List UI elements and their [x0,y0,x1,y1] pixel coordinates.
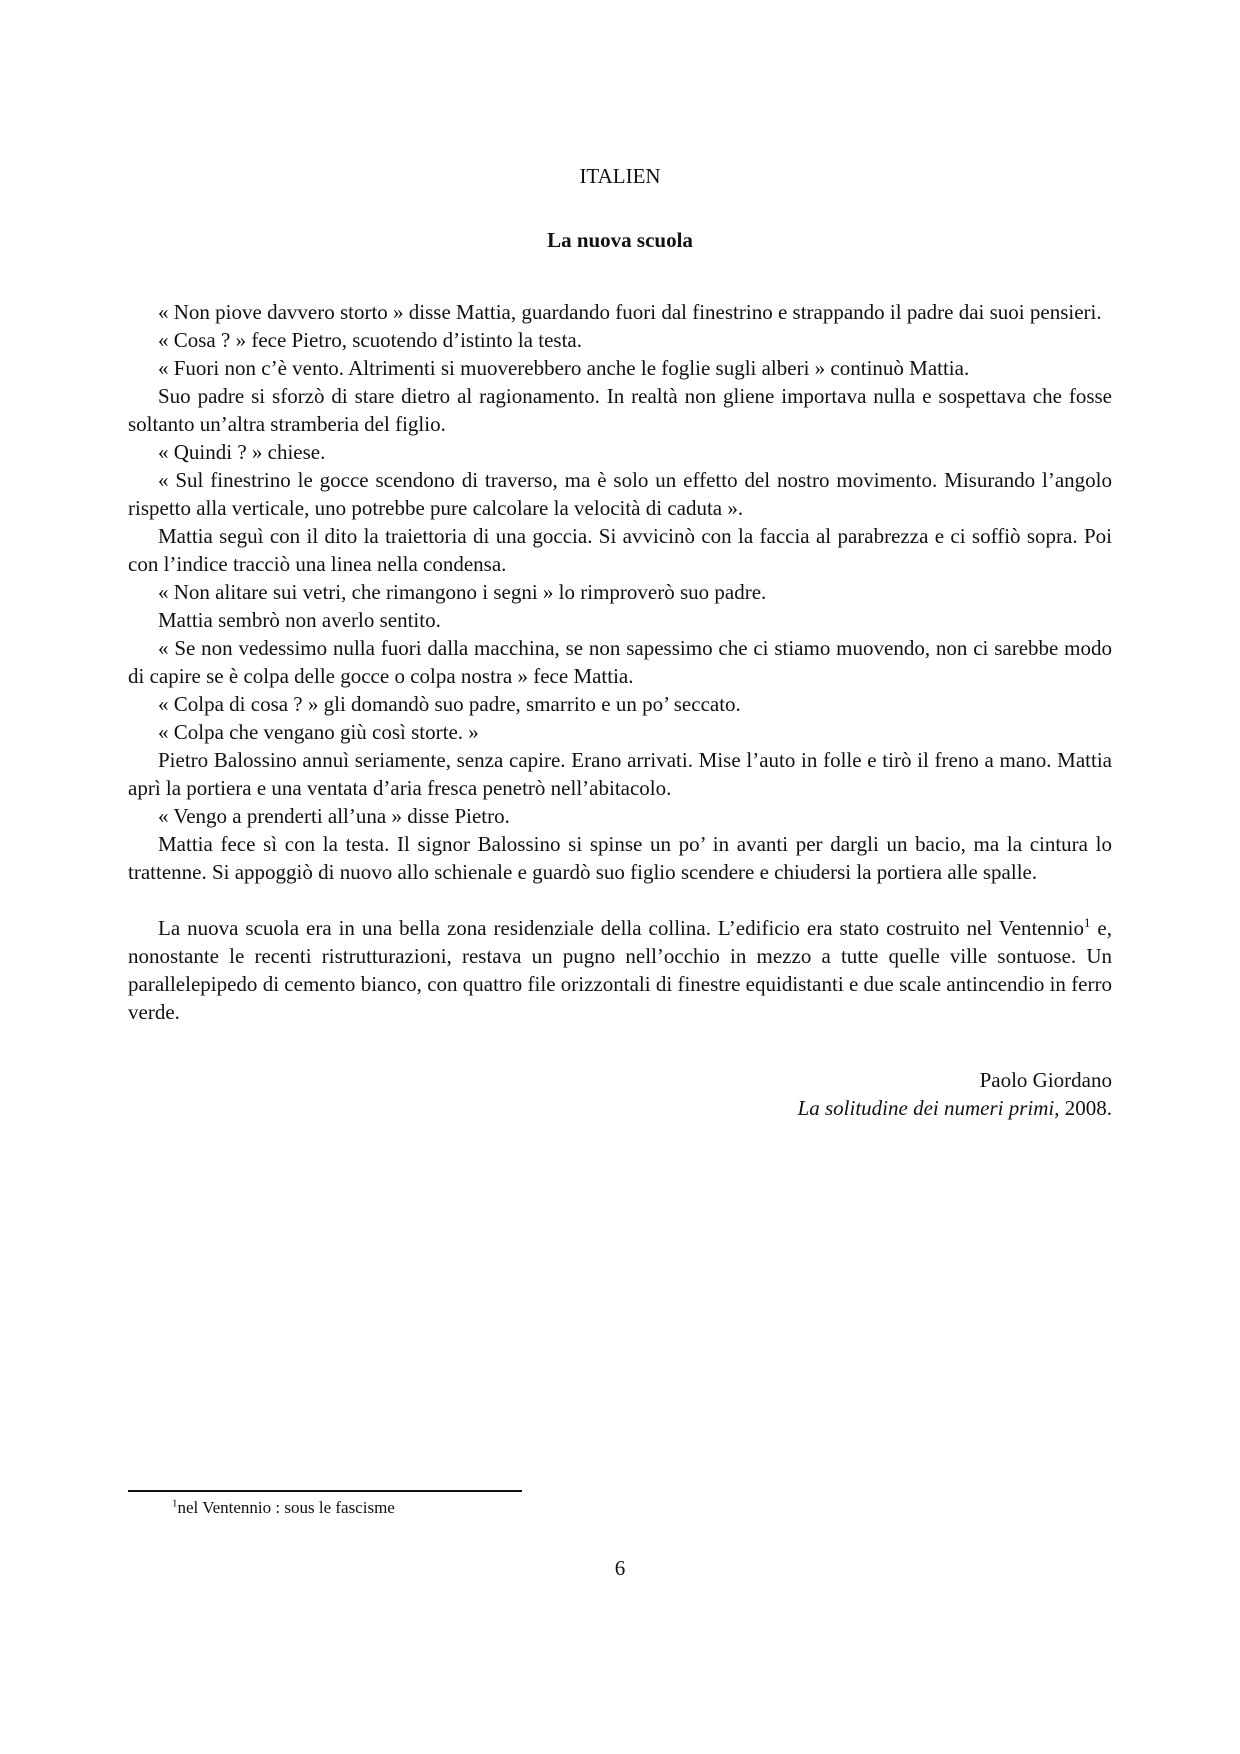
text-column: ITALIEN La nuova scuola « Non piove davv… [128,162,1112,1122]
work-title: La solitudine dei numeri primi [798,1096,1055,1120]
paragraph: « Cosa ? » fece Pietro, scuotendo d’isti… [128,326,1112,354]
footnote-text: 1nel Ventennio : sous le fascisme [128,1497,1112,1519]
paragraph: Suo padre si sforzò di stare dietro al r… [128,382,1112,438]
paragraph: Mattia fece sì con la testa. Il signor B… [128,830,1112,886]
document-page: ITALIEN La nuova scuola « Non piove davv… [0,0,1240,1754]
paragraph: « Vengo a prenderti all’una » disse Piet… [128,802,1112,830]
page-title: La nuova scuola [128,226,1112,254]
author-name: Paolo Giordano [128,1066,1112,1094]
paragraph: « Fuori non c’è vento. Altrimenti si muo… [128,354,1112,382]
work-citation: La solitudine dei numeri primi, 2008. [128,1094,1112,1122]
paragraph: « Colpa di cosa ? » gli domandò suo padr… [128,690,1112,718]
paragraph: Pietro Balossino annuì seriamente, senza… [128,746,1112,802]
work-year: , 2008. [1054,1096,1112,1120]
paragraph: « Quindi ? » chiese. [128,438,1112,466]
paragraph: Mattia sembrò non averlo sentito. [128,606,1112,634]
paragraph-with-footnote-ref: La nuova scuola era in una bella zona re… [128,914,1112,1026]
page-header: ITALIEN [128,162,1112,190]
paragraph: « Se non vedessimo nulla fuori dalla mac… [128,634,1112,690]
paragraph: « Non piove davvero storto » disse Matti… [128,298,1112,326]
attribution-block: Paolo Giordano La solitudine dei numeri … [128,1066,1112,1122]
paragraph-text: La nuova scuola era in una bella zona re… [158,916,1084,940]
footnote-definition: nel Ventennio : sous le fascisme [178,1498,395,1517]
footnote-rule [128,1490,522,1492]
passage-body: « Non piove davvero storto » disse Matti… [128,298,1112,1026]
paragraph: « Colpa che vengano giù così storte. » [128,718,1112,746]
footnote-block: 1nel Ventennio : sous le fascisme [128,1490,1112,1519]
paragraph: « Non alitare sui vetri, che rimangono i… [128,578,1112,606]
paragraph: Mattia seguì con il dito la traiettoria … [128,522,1112,578]
page-number: 6 [0,1556,1240,1581]
paragraph: « Sul finestrino le gocce scendono di tr… [128,466,1112,522]
